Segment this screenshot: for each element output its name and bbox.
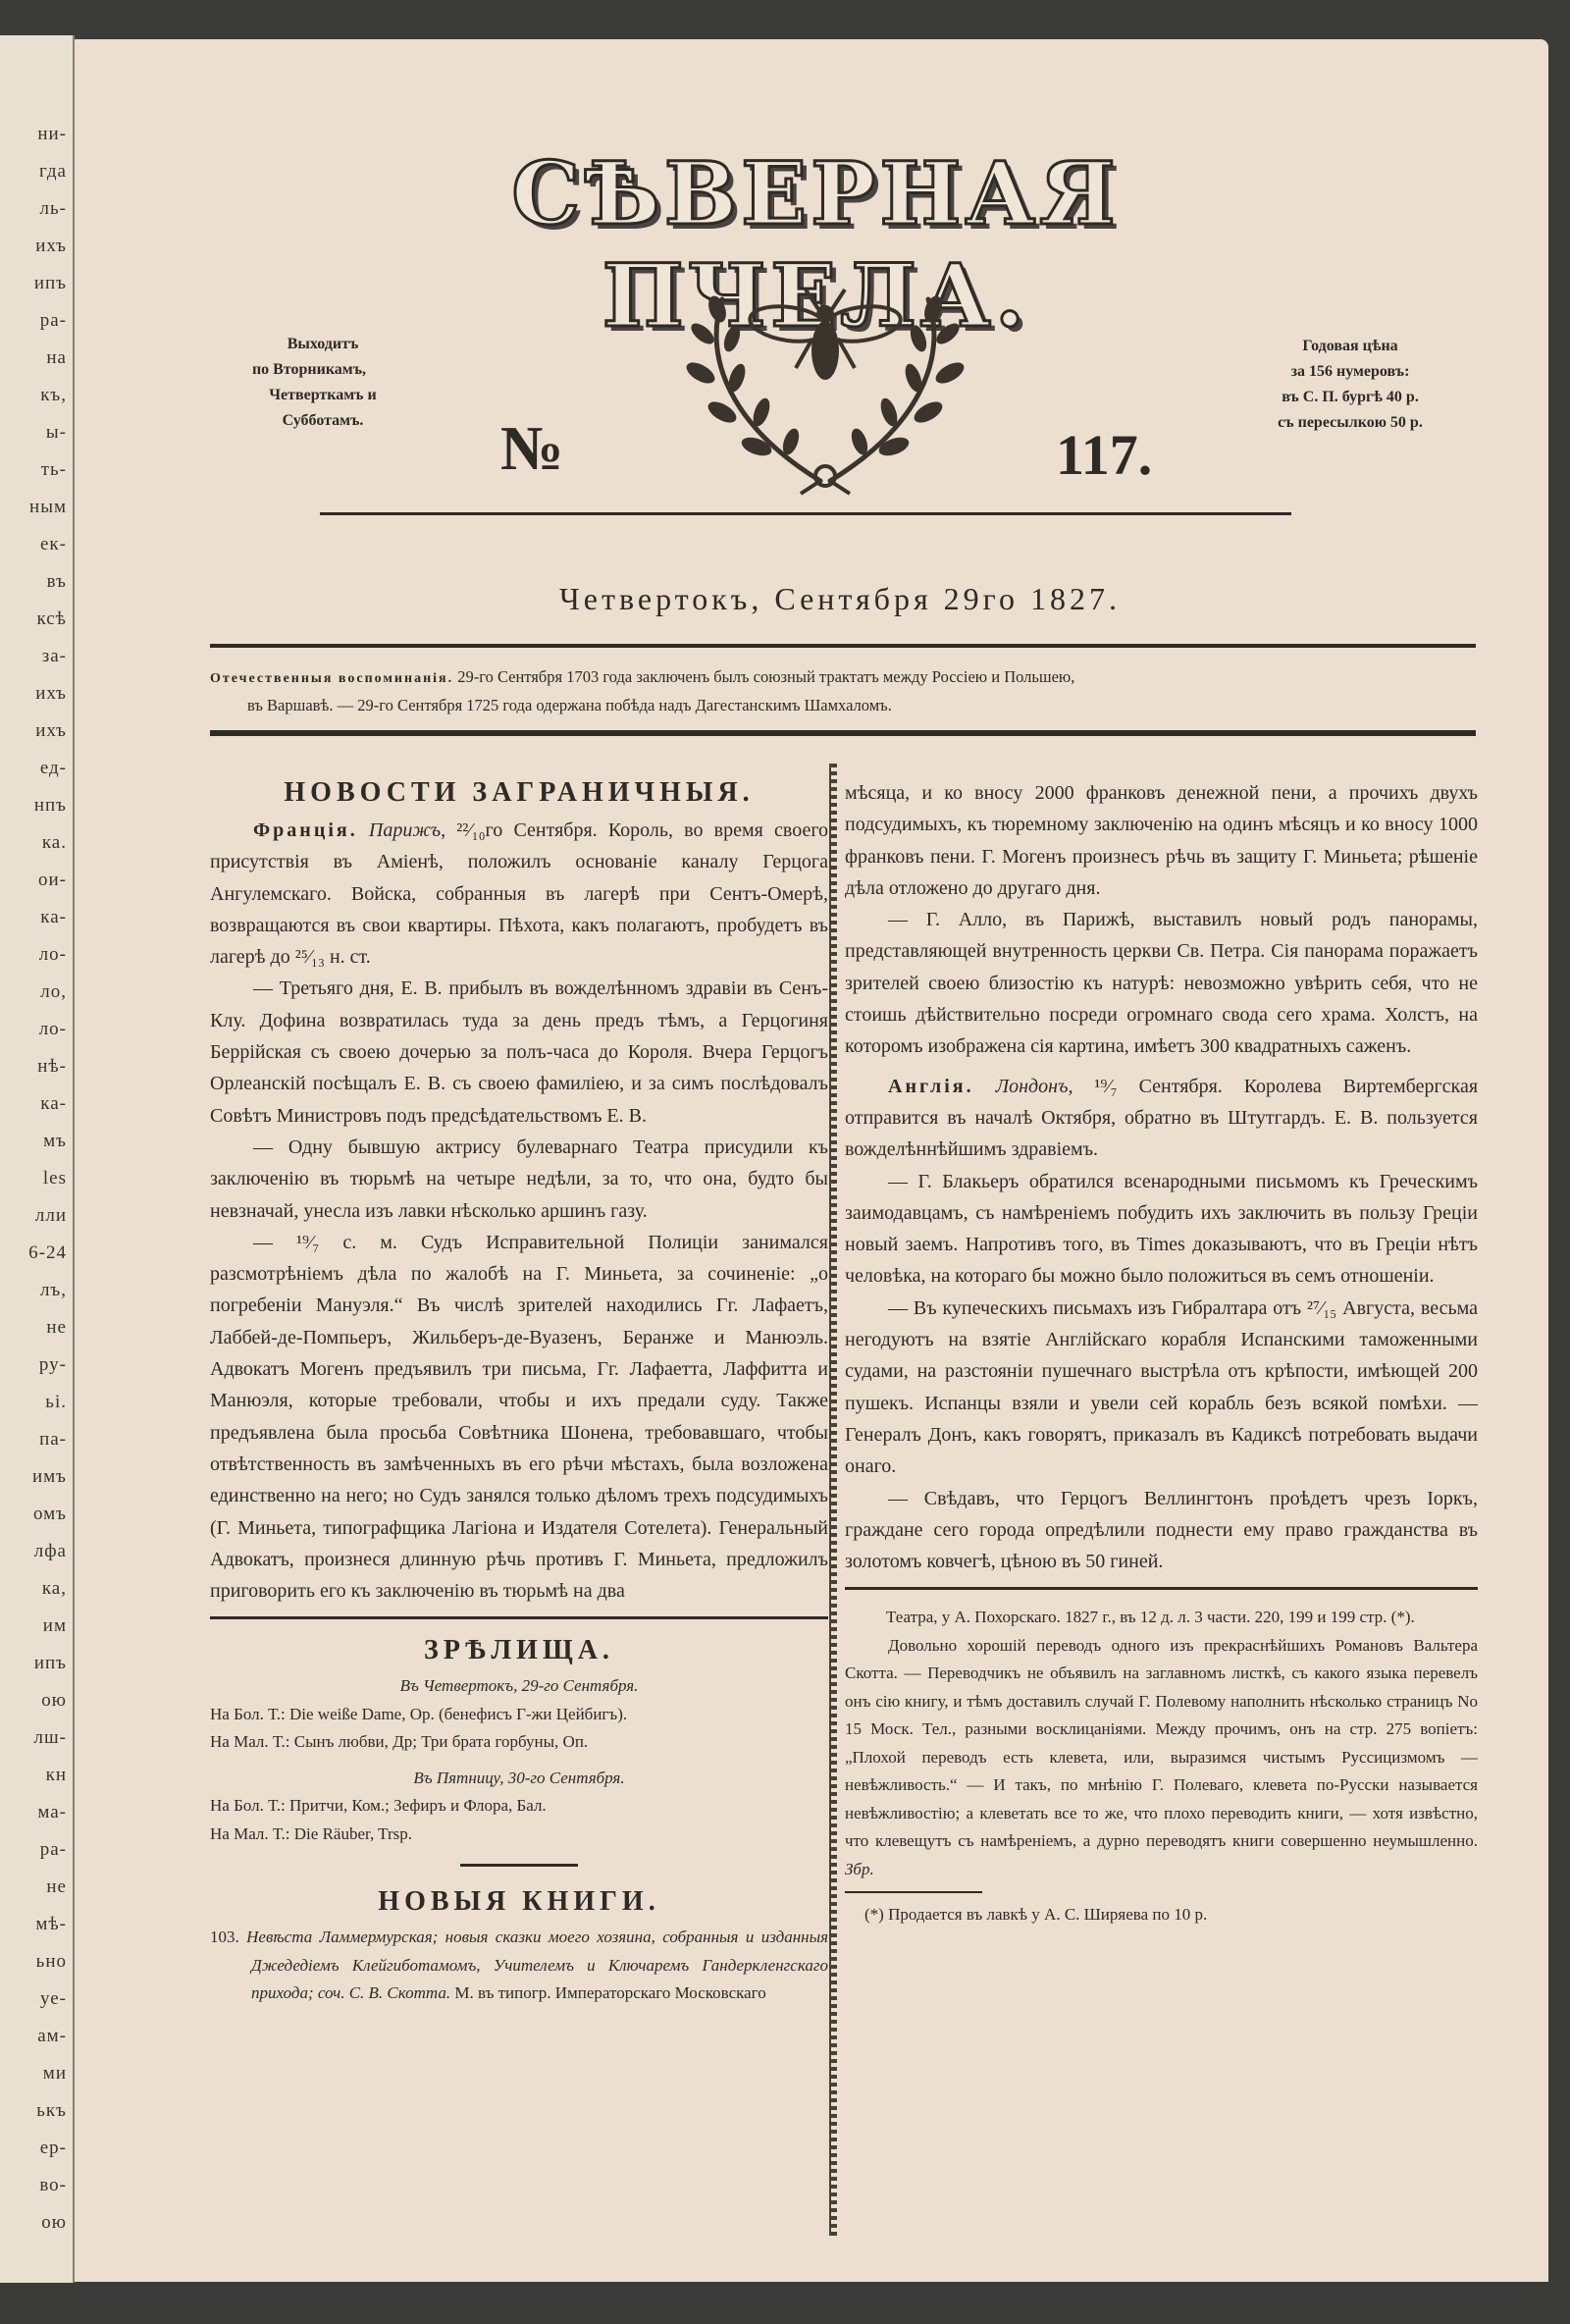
right-column: мѣсяца, и ко вносу 2000 франковъ денежно…	[845, 777, 1478, 1929]
previous-page-text-fragment: лли	[35, 1205, 67, 1227]
previous-page-text-fragment: ам-	[37, 2026, 67, 2047]
subscription-price: Годовая цѣна за 156 нумеровъ: въ С. П. б…	[1237, 334, 1463, 436]
article-paragraph: — Третьяго дня, Е. В. прибылъ въ вожделѣ…	[210, 973, 828, 1131]
previous-page-text-fragment: ни-	[37, 124, 67, 145]
previous-page-text-fragment: па-	[39, 1429, 67, 1451]
previous-page-text-fragment: не	[46, 1317, 67, 1339]
header-rule	[320, 512, 1291, 515]
previous-page-text-fragment: во-	[39, 2175, 67, 2196]
dateline: Четвертокъ, Сентября 29го 1827.	[232, 581, 1448, 617]
previous-page-text-fragment: ка.	[42, 832, 67, 854]
previous-page-text-fragment: къ,	[40, 385, 67, 406]
theatre-listing: Въ Четвертокъ, 29-го Сентября. На Бол. Т…	[210, 1672, 828, 1848]
book-entry: 103. Невѣста Ламмермурская; новыя сказки…	[210, 1924, 828, 2008]
previous-page-text-fragment: ло-	[39, 1019, 67, 1040]
previous-page-text-fragment: ипъ	[34, 1653, 67, 1674]
section-rule	[845, 1587, 1478, 1590]
previous-page-text-fragment: ькъ	[36, 2100, 67, 2122]
theatre-title: ЗРѢЛИЩА.	[210, 1631, 828, 1670]
previous-page-text-fragment: омъ	[33, 1504, 67, 1525]
previous-page-text-fragment: лфа	[34, 1541, 67, 1562]
previous-page-text-fragment: мѣ-	[35, 1914, 67, 1935]
previous-page-text-fragment: ьі.	[45, 1392, 67, 1413]
article-paragraph: — Въ купеческихъ письмахъ изъ Гибралтара…	[845, 1293, 1478, 1483]
previous-page-text-fragment: ихъ	[35, 236, 67, 257]
previous-page-text-fragment: ру-	[39, 1354, 67, 1376]
previous-page-text-fragment: ихъ	[35, 720, 67, 742]
previous-page-text-fragment: ным	[29, 497, 67, 518]
previous-page-text-fragment: ка,	[42, 1578, 67, 1600]
previous-page-text-fragment: ою	[41, 2212, 67, 2234]
previous-page-text-fragment: ьно	[36, 1951, 67, 1973]
previous-page-text-fragment: ма-	[37, 1802, 67, 1823]
previous-page-text-fragment: ихъ	[35, 683, 67, 705]
column-divider	[829, 764, 837, 2236]
publication-schedule: Выходитъ по Вторникамъ, Четверткамъ и Су…	[249, 332, 396, 434]
article-england: Англія. Лондонъ, ¹⁹⁄₇ Сентября. Королева…	[845, 1071, 1478, 1166]
article-france: Франція. Парижъ, ²²⁄₁₀го Сентября. Корол…	[210, 815, 828, 973]
previous-page-text-fragment: ы-	[46, 422, 67, 444]
foreign-news-title: НОВОСТИ ЗАГРАНИЧНЫЯ.	[210, 773, 828, 813]
footnote: (*) Продается въ лавкѣ у А. С. Ширяева п…	[845, 1901, 1478, 1929]
article-paragraph: — Г. Алло, въ Парижѣ, выставилъ новый ро…	[845, 904, 1478, 1062]
memorial-notice: Отечественныя воспоминанія. 29-го Сентяб…	[210, 663, 1476, 718]
book-entry-continuation: Театра, у А. Похорскаго. 1827 г., въ 12 …	[845, 1604, 1478, 1632]
issue-number: 117.	[1056, 422, 1152, 488]
left-column: НОВОСТИ ЗАГРАНИЧНЫЯ. Франція. Парижъ, ²²…	[210, 773, 828, 2008]
previous-page-text-fragment: les	[43, 1168, 67, 1189]
previous-page-text-fragment: ми	[43, 2063, 67, 2085]
previous-page-text-fragment: ка-	[40, 907, 67, 928]
book-review: Довольно хорошій переводъ одного изъ пре…	[845, 1632, 1478, 1884]
previous-page-text-fragment: ед-	[40, 758, 67, 779]
previous-page-text-fragment: въ	[47, 571, 67, 593]
article-paragraph: — Свѣдавъ, что Герцогъ Веллингтонъ проѣд…	[845, 1483, 1478, 1578]
newspaper-page: СѢВЕРНАЯ ПЧЕЛА. Выходитъ по Вторникамъ, …	[75, 39, 1548, 2282]
previous-page-text-fragment: нѣ-	[37, 1056, 67, 1078]
dateline-rule	[210, 644, 1476, 648]
previous-page-text-fragment: за-	[42, 646, 67, 667]
footnote-rule	[845, 1891, 982, 1893]
previous-page-edge: ни-гдаль-ихъипъра-накъ,ы-ть-нымек-въксѣз…	[0, 35, 75, 2283]
previous-page-text-fragment: ра-	[40, 310, 67, 332]
previous-page-text-fragment: гда	[39, 161, 67, 183]
article-paragraph: мѣсяца, и ко вносу 2000 франковъ денежно…	[845, 777, 1478, 904]
number-sign: №	[500, 412, 563, 485]
previous-page-text-fragment: нпъ	[34, 795, 67, 817]
previous-page-text-fragment: кн	[46, 1765, 67, 1786]
article-paragraph: — ¹⁹⁄₇ с. м. Судъ Исправительной Полиціи…	[210, 1227, 828, 1608]
bee-wreath-emblem-icon	[663, 280, 987, 496]
previous-page-text-fragment: ои-	[38, 870, 67, 891]
previous-page-text-fragment: ипъ	[34, 273, 67, 294]
previous-page-text-fragment: 6-24	[28, 1242, 67, 1264]
previous-page-text-fragment: ло-	[39, 944, 67, 966]
previous-page-text-fragment: ка-	[40, 1093, 67, 1115]
previous-page-text-fragment: не	[46, 1876, 67, 1898]
previous-page-text-fragment: ксѣ	[36, 608, 67, 630]
previous-page-text-fragment: ер-	[40, 2138, 67, 2159]
previous-page-text-fragment: уе-	[40, 1988, 67, 2010]
new-books-title: НОВЫЯ КНИГИ.	[210, 1882, 828, 1922]
section-rule	[210, 1616, 828, 1619]
previous-page-text-fragment: ра-	[40, 1839, 67, 1861]
previous-page-text-fragment: ло,	[40, 981, 67, 1003]
previous-page-text-fragment: ек-	[40, 534, 67, 555]
previous-page-text-fragment: мъ	[43, 1131, 67, 1152]
previous-page-text-fragment: лш-	[34, 1727, 67, 1749]
section-rule	[460, 1864, 578, 1867]
article-paragraph: — Г. Блакьеръ обратился всенародными пис…	[845, 1166, 1478, 1293]
previous-page-text-fragment: имъ	[32, 1466, 67, 1488]
memorial-rule	[210, 730, 1476, 736]
previous-page-text-fragment: на	[46, 347, 67, 369]
previous-page-text-fragment: лъ,	[40, 1280, 67, 1301]
previous-page-text-fragment: ть-	[41, 459, 67, 481]
article-paragraph: — Одну бывшую актрису булеварнаго Театра…	[210, 1132, 828, 1227]
previous-page-text-fragment: ою	[41, 1690, 67, 1712]
previous-page-text-fragment: ль-	[40, 198, 67, 220]
previous-page-text-fragment: им	[43, 1615, 67, 1637]
